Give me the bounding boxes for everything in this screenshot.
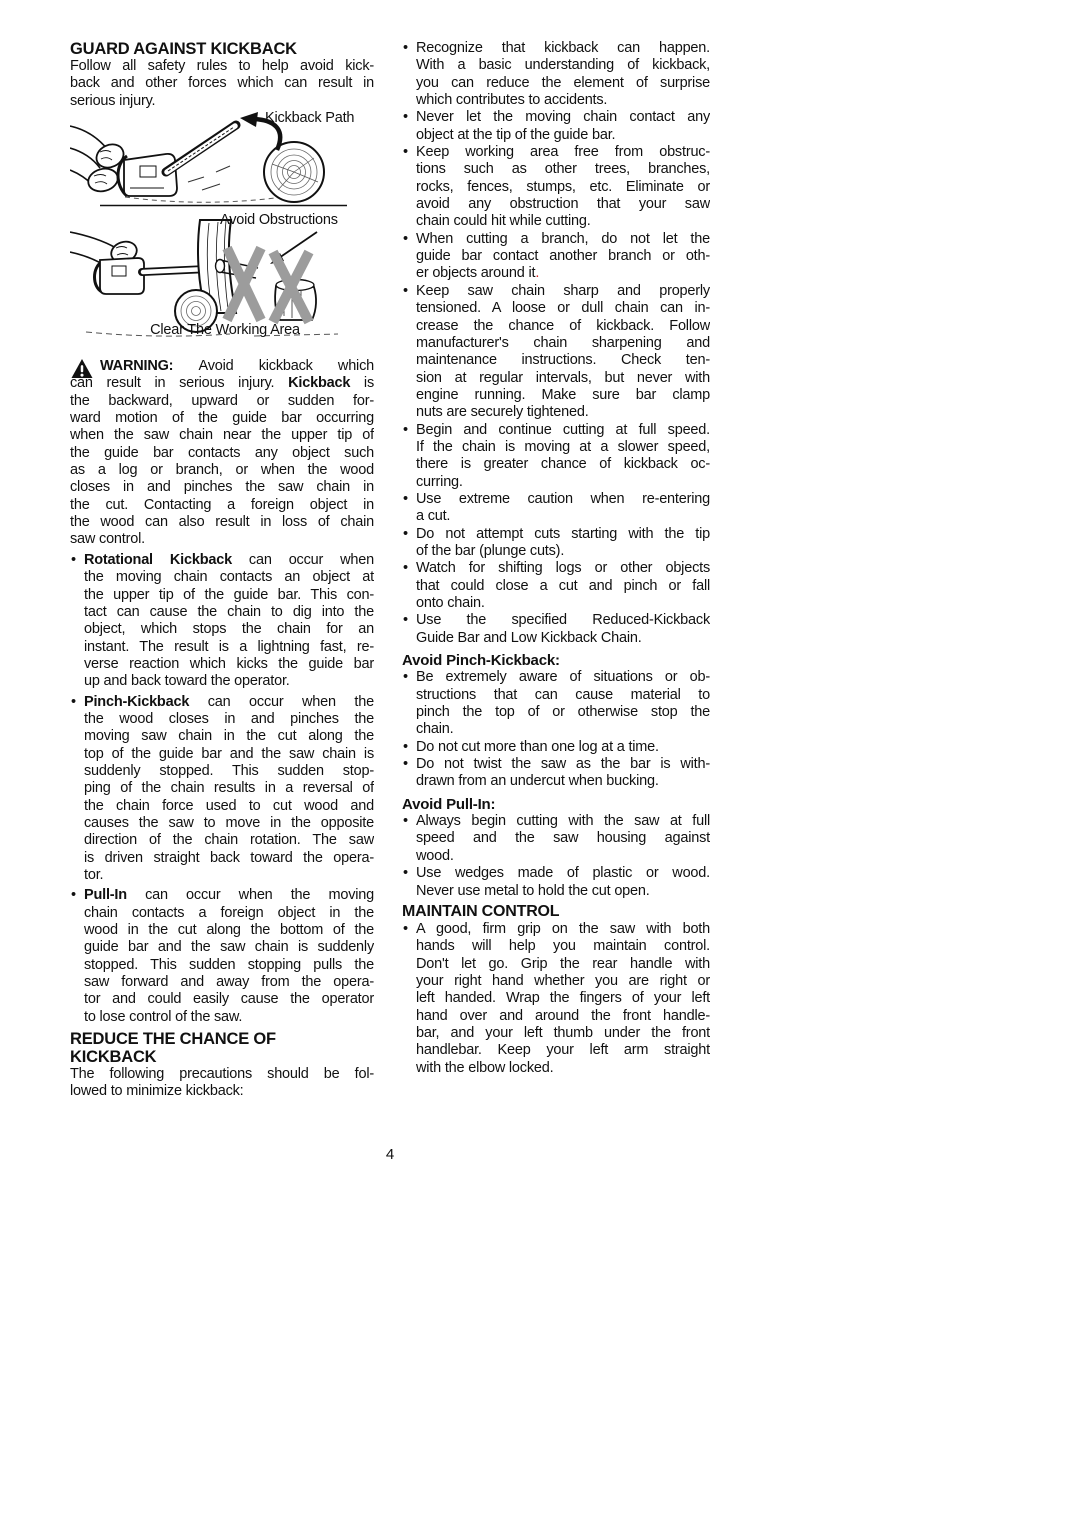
text-line: bar, and your left thumb under the front [416,1025,710,1042]
text-line: er objects around it. [416,265,710,282]
text-line: ward motion of the guide bar occurring [70,410,374,427]
text-line: the wood can also result in loss of chai… [70,514,374,531]
text-line: the guide bar contacts any object such [70,445,374,462]
text-line: is driven straight back toward the opera… [84,850,374,867]
text-line: your right hand whether you are right or [416,973,710,990]
text-line: when the saw chain near the upper tip of [70,427,374,444]
subheading-avoid-pinch-kickback: Avoid Pinch-Kickback: [402,652,710,669]
text-line: moving saw chain in the cut along the [84,728,374,745]
text-line: onto chain. [416,595,710,612]
text-line: guide bar contact another branch or oth- [416,248,710,265]
bullet-marker: • [403,526,408,543]
list-item: •Begin and continue cutting at full spee… [402,422,710,491]
bullet-marker: • [403,669,408,686]
text-line: closes in and pinches the saw chain in [70,479,374,496]
kickback-types-list: •Rotational Kickback can occur whenthe m… [70,552,374,1026]
list-item: •Use wedges made of plastic or wood.Neve… [402,865,710,900]
right-column: •Recognize that kickback can happen.With… [402,40,710,1077]
bullet-marker: • [71,887,76,904]
text-line: the backward, upward or sudden for- [70,393,374,410]
list-item: •Do not cut more than one log at a time. [402,739,710,756]
bullet-marker: • [403,283,408,300]
text-line: curring. [416,474,710,491]
text-line: stopped. This sudden stopping pulls the [84,957,374,974]
text-line: with the elbow locked. [416,1060,710,1077]
bullet-marker: • [403,40,408,57]
bullet-marker: • [403,144,408,161]
kickback-path-figure: Kickback Path [70,110,374,210]
list-item: •Keep saw chain sharp and properlytensio… [402,283,710,422]
text-line: Recognize that kickback can happen. [416,40,710,57]
guard-intro-paragraph: Follow all safety rules to help avoid ki… [70,58,374,110]
bullet-marker: • [71,694,76,711]
text-line: Be extremely aware of situations or ob- [416,669,710,686]
text-line: Follow all safety rules to help avoid ki… [70,58,374,75]
list-item: •Be extremely aware of situations or ob-… [402,669,710,738]
text-line: saw control. [70,531,374,548]
text-line: left handed. Wrap the fingers of your le… [416,990,710,1007]
text-line: Guide Bar and Low Kickback Chain. [416,630,710,647]
list-item: •Never let the moving chain contact anyo… [402,109,710,144]
text-line: chain could hit while cutting. [416,213,710,230]
text-line: tensioned. A loose or dull chain can in- [416,300,710,317]
page-number: 4 [70,1146,710,1163]
text-line: instant. The result is a lightning fast,… [84,639,374,656]
text-line: tact can cause the chain to dig into the [84,604,374,621]
text-line: guide bar and the saw chain is suddenly [84,939,374,956]
bullet-marker: • [403,865,408,882]
text-line: suddenly stopped. This sudden stop- [84,763,374,780]
figure-label-avoid-obstructions: Avoid Obstructions [220,212,338,229]
bullet-marker: • [403,921,408,938]
text-line: speed and the saw housing against [416,830,710,847]
text-line: chain. [416,721,710,738]
text-line: Keep working area free from obstruc- [416,144,710,161]
text-line: verse reaction which kicks the guide bar [84,656,374,673]
text-line: pinch the top of or otherwise stop the [416,704,710,721]
text-line: Pinch-Kickback can occur when the [84,694,374,711]
bullet-marker: • [403,560,408,577]
text-line: structions that can cause material to [416,687,710,704]
bullet-marker: • [403,231,408,248]
text-line: nuts are securely tightened. [416,404,710,421]
text-line: direction of the chain rotation. The saw [84,832,374,849]
bullet-marker: • [403,109,408,126]
text-line: Do not attempt cuts starting with the ti… [416,526,710,543]
heading-line: KICKBACK [70,1048,374,1066]
text-line: the upper tip of the guide bar. This con… [84,587,374,604]
list-item: •Do not attempt cuts starting with the t… [402,526,710,561]
section-heading-reduce: REDUCE THE CHANCE OF KICKBACK [70,1030,374,1066]
avoid-pinch-kickback-list: •Be extremely aware of situations or ob-… [402,669,710,790]
precautions-list: •Recognize that kickback can happen.With… [402,40,710,647]
list-item: •Pinch-Kickback can occur when thethe wo… [70,694,374,885]
warning-text: WARNING: Avoid kickback whichcan result … [70,358,374,549]
text-line: Use extreme caution when re-entering [416,491,710,508]
bullet-marker: • [403,422,408,439]
text-line: When cutting a branch, do not let the [416,231,710,248]
text-line: sion at regular intervals, but never wit… [416,370,710,387]
bullet-marker: • [403,756,408,773]
text-line: wood. [416,848,710,865]
text-line: tor. [84,867,374,884]
list-item: •Do not twist the saw as the bar is with… [402,756,710,791]
text-line: Begin and continue cutting at full speed… [416,422,710,439]
text-line: object, which stops the chain for an [84,621,374,638]
manual-page: GUARD AGAINST KICKBACK Follow all safety… [0,0,1080,1526]
text-line: Use wedges made of plastic or wood. [416,865,710,882]
section-heading-maintain-control: MAINTAIN CONTROL [402,903,710,921]
text-line: as a log or branch, or when the wood [70,462,374,479]
subheading-avoid-pull-in: Avoid Pull-In: [402,796,710,813]
text-line: crease the chance of kickback. Follow [416,318,710,335]
text-line: lowed to minimize kickback: [70,1083,374,1100]
text-line: Rotational Kickback can occur when [84,552,374,569]
text-line: can result in serious injury. Kickback i… [70,375,374,392]
text-line: chain contacts a foreign object in the [84,905,374,922]
text-line: up and back toward the operator. [84,673,374,690]
text-line: engine running. Make sure bar clamp [416,387,710,404]
list-item: •Watch for shifting logs or other object… [402,560,710,612]
reduce-intro-paragraph: The following precautions should be fol-… [70,1066,374,1101]
maintain-control-list: •A good, firm grip on the saw with bothh… [402,921,710,1077]
bullet-marker: • [403,739,408,756]
bullet-marker: • [403,813,408,830]
text-line: wood in the cut along the bottom of the [84,922,374,939]
text-line: which contributes to accidents. [416,92,710,109]
text-line: Do not twist the saw as the bar is with- [416,756,710,773]
text-line: Don't let go. Grip the rear handle with [416,956,710,973]
list-item: •Recognize that kickback can happen.With… [402,40,710,109]
text-line: handlebar. Keep your left arm straight [416,1042,710,1059]
figure-label-kickback-path: Kickback Path [265,110,354,127]
text-line: Always begin cutting with the saw at ful… [416,813,710,830]
list-item: •Use extreme caution when re-enteringa c… [402,491,710,526]
text-line: Watch for shifting logs or other objects [416,560,710,577]
text-line: avoid any obstruction that your saw [416,196,710,213]
text-line: you can reduce the element of surprise [416,75,710,92]
text-line: back and other forces which can result i… [70,75,374,92]
text-line: Never let the moving chain contact any [416,109,710,126]
bullet-marker: • [403,612,408,629]
bullet-marker: • [403,491,408,508]
text-line: Do not cut more than one log at a time. [416,739,710,756]
text-line: the cut. Contacting a foreign object in [70,497,374,514]
text-line: tor and could easily cause the operator [84,991,374,1008]
list-item: •Rotational Kickback can occur whenthe m… [70,552,374,691]
text-line: saw forward and away from the opera- [84,974,374,991]
text-line: WARNING: Avoid kickback which [70,358,374,375]
bullet-marker: • [71,552,76,569]
text-line: that could close a cut and pinch or fall [416,578,710,595]
obstructions-figure: Avoid Obstructions Clear The Working Are… [70,210,374,350]
list-item: •Always begin cutting with the saw at fu… [402,813,710,865]
text-line: the chain force used to cut wood and [84,798,374,815]
text-line: object at the tip of the guide bar. [416,127,710,144]
text-line: Pull-In can occur when the moving [84,887,374,904]
text-line: a cut. [416,508,710,525]
list-item: •Pull-In can occur when the movingchain … [70,887,374,1026]
heading-line: REDUCE THE CHANCE OF [70,1030,374,1048]
list-item: •Use the specified Reduced-KickbackGuide… [402,612,710,647]
list-item: •When cutting a branch, do not let thegu… [402,231,710,283]
text-line: ping of the chain results in a reversal … [84,780,374,797]
text-line: A good, firm grip on the saw with both [416,921,710,938]
text-line: drawn from an undercut when bucking. [416,773,710,790]
text-line: manufacturer's chain sharpening and [416,335,710,352]
figure-caption-clear-working-area: Clear The Working Area [115,322,335,339]
text-line: Keep saw chain sharp and properly [416,283,710,300]
text-line: Never use metal to hold the cut open. [416,883,710,900]
avoid-pull-in-list: •Always begin cutting with the saw at fu… [402,813,710,900]
list-item: •Keep working area free from obstruc-tio… [402,144,710,231]
text-line: the wood closes in and pinches the [84,711,374,728]
left-column: GUARD AGAINST KICKBACK Follow all safety… [70,40,374,1101]
warning-icon [70,358,94,379]
text-line: the moving chain contacts an object at [84,569,374,586]
text-line: If the chain is moving at a slower speed… [416,439,710,456]
warning-paragraph: WARNING: Avoid kickback whichcan result … [70,358,374,549]
section-heading-guard: GUARD AGAINST KICKBACK [70,40,374,58]
text-line: rocks, fences, stumps, etc. Eliminate or [416,179,710,196]
text-line: causes the saw to move in the opposite [84,815,374,832]
text-line: top of the guide bar and the saw chain i… [84,746,374,763]
text-line: With a basic understanding of kickback, [416,57,710,74]
text-line: The following precautions should be fol- [70,1066,374,1083]
text-line: hand over and around the front handle- [416,1008,710,1025]
text-line: hands will help you maintain control. [416,938,710,955]
text-line: of the bar (plunge cuts). [416,543,710,560]
text-line: there is greater chance of kickback oc- [416,456,710,473]
text-line: maintenance instructions. Check ten- [416,352,710,369]
text-line: serious injury. [70,93,374,110]
text-line: tions such as other trees, branches, [416,161,710,178]
list-item: •A good, firm grip on the saw with bothh… [402,921,710,1077]
text-line: to lose control of the saw. [84,1009,374,1026]
text-line: Use the specified Reduced-Kickback [416,612,710,629]
